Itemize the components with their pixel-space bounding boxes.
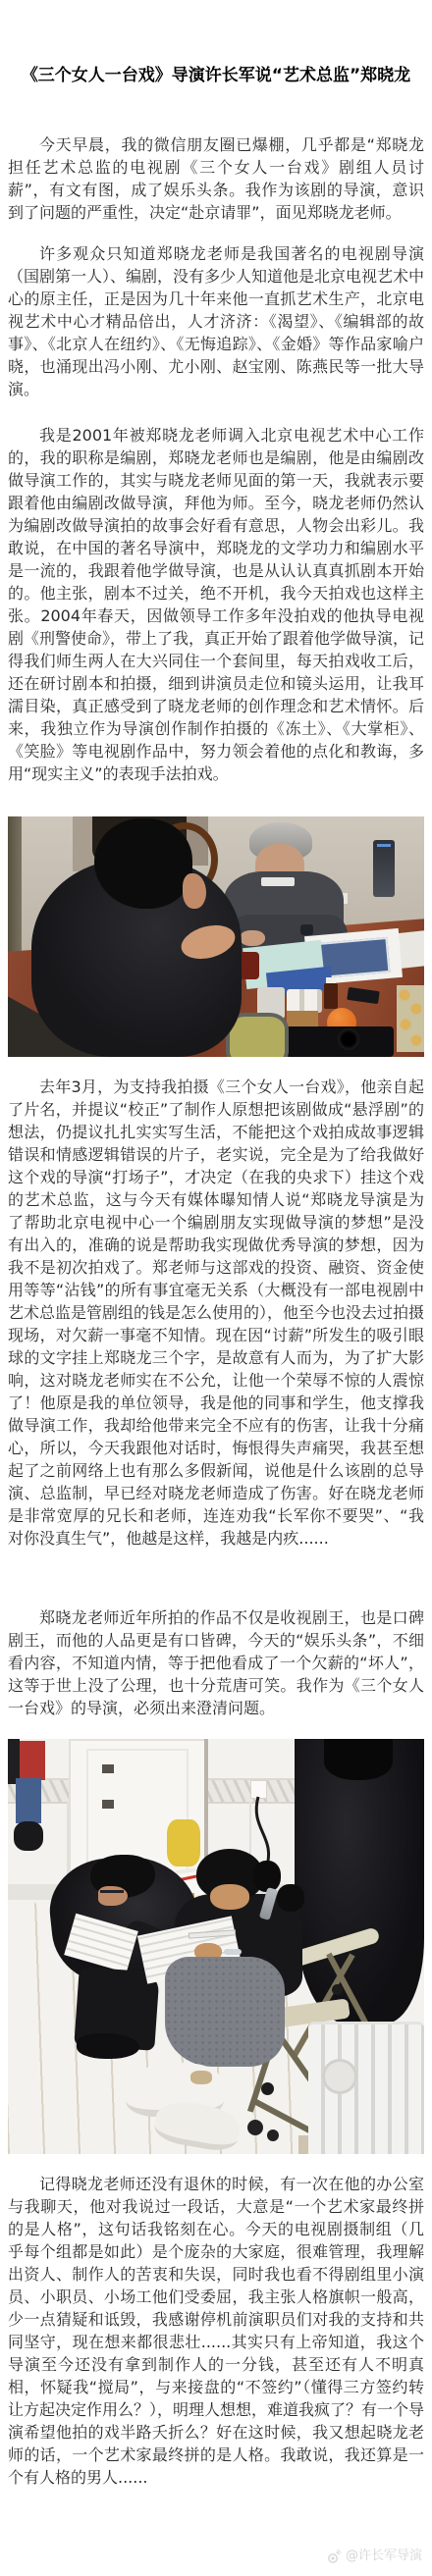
watermark-text: @许长军导演 bbox=[346, 2549, 422, 2564]
shirt-collar bbox=[261, 877, 295, 886]
chair-wheel bbox=[267, 2129, 279, 2141]
glasses bbox=[100, 1890, 124, 1893]
camera-lens bbox=[338, 1028, 359, 1050]
leather-jacket-man-hair bbox=[94, 818, 192, 909]
paragraph-6: 记得晓龙老师还没有退休的时候，有一次在他的办公室与我聊天，他对我说过一段话，大意… bbox=[8, 2173, 424, 2489]
bending-man-shoe bbox=[77, 2033, 139, 2059]
snack-tray bbox=[397, 985, 424, 1052]
paragraph-3: 我是2001年被郑晓龙老师调入北京电视艺术中心工作的，我的职称是编剧，郑晓龙老师… bbox=[8, 424, 424, 785]
weibo-logo-icon bbox=[326, 2549, 342, 2564]
air-purifier-light bbox=[377, 844, 391, 847]
page-title: 《三个女人一台戏》导演许长军说“艺术总监”郑晓龙 bbox=[0, 62, 432, 89]
sneaker-tan-patch bbox=[190, 2071, 212, 2084]
paragraph-1: 今天早晨，我的微信朋友圈已爆棚，几乎都是“郑晓龙担任艺术总监的电视剧《三个女人一… bbox=[8, 133, 424, 224]
article-page: { "article": { "title": "《三个女人一台戏》导演许长军说… bbox=[0, 0, 432, 2576]
medicine-bottle bbox=[324, 983, 338, 1009]
yellow-cushion bbox=[167, 1819, 200, 1866]
photo-two-men-talking-at-desk[interactable]: SONY bbox=[8, 816, 424, 1057]
chair-joint bbox=[261, 2082, 274, 2095]
bending-man-face bbox=[98, 1886, 128, 1906]
person-black-puffer-jacket bbox=[295, 1739, 424, 2024]
radiator-knob bbox=[322, 2059, 357, 2094]
chair-wheel bbox=[247, 2120, 263, 2135]
silver-bracelet bbox=[224, 1949, 242, 1955]
right-man-hand bbox=[240, 930, 265, 946]
weibo-watermark: @许长军导演 bbox=[326, 2549, 422, 2564]
paragraph-4: 去年3月，为支持我拍摄《三个女人一台戏》，他亲自起了片名，并提议“校正”了制作人… bbox=[8, 1076, 424, 1550]
chair-joint bbox=[332, 1984, 343, 1995]
pill-bottles bbox=[287, 989, 322, 1013]
leather-jacket-man-face bbox=[183, 873, 206, 909]
gray-patterned-trousers bbox=[165, 1957, 285, 2067]
air-purifier bbox=[373, 840, 395, 897]
paragraph-5: 郑晓龙老师近年所拍的作品不仅是收视剧王，也是口碑剧王，而他的人品更是有口皆碑，今… bbox=[8, 1606, 424, 1719]
person-black-puffer-head bbox=[324, 1739, 393, 1780]
paragraph-2: 许多观众只知道郑晓龙老师是我国著名的电视剧导演（国剧第一人）、编剧，没有多少人知… bbox=[8, 242, 424, 400]
hand-holding-microphone bbox=[277, 1884, 304, 1912]
seated-man-face bbox=[210, 1884, 249, 1910]
photo-crew-reading-scripts[interactable] bbox=[8, 1739, 424, 2154]
wrist-watch bbox=[300, 924, 313, 935]
